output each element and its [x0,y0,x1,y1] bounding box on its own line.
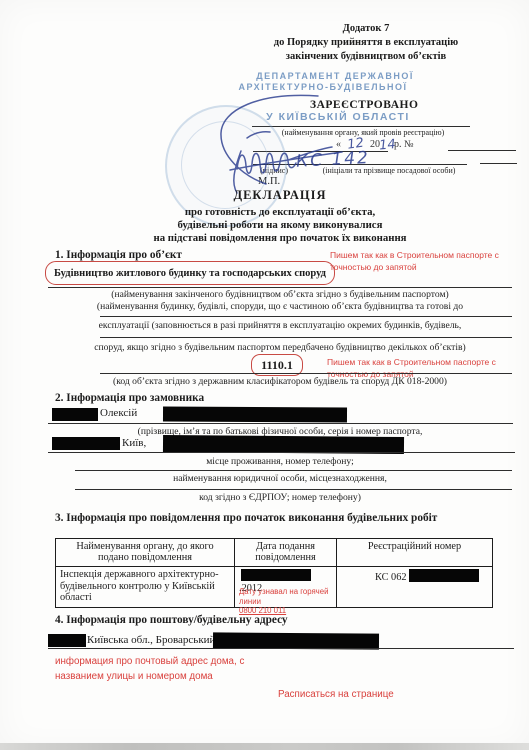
caption-object-part-1: (найменування будинку, будівлі, споруди,… [60,301,500,312]
table-cell-reg: КС 062 [337,567,492,607]
caption-customer-address: місце проживання, номер телефону; [60,456,500,467]
scan-edge-shadow [0,743,529,750]
rule [48,648,514,649]
annotation-line: информация про почтовый адрес дома, с [55,655,315,670]
section2-heading: 2. Інформація про замовника [55,392,204,404]
object-name-field: Будівництво житлового будинку та господа… [45,261,335,285]
date-year-prefix: 20 [370,139,380,150]
redaction-bar [163,407,347,423]
stamp-department-line-1: ДЕПАРТАМЕНТ ДЕРЖАВНОЇ [245,71,425,81]
table-cell-date: .2012 Дату узнавал на горячей линии 0800… [235,567,337,607]
stamp-department-line-2: АРХІТЕКТУРНО-БУДІВЕЛЬНОЇ [233,82,413,92]
rule [448,150,516,151]
annotation-hotline-note: Дату узнавал на горячей линии 0800 210 0… [239,587,349,616]
rule [100,373,512,374]
appendix-line-1: Додаток 7 [252,22,480,36]
redaction-bar [52,437,120,450]
appendix-line-2: до Порядку прийняття в експлуатацію [252,36,480,50]
annotation-sign-note: Расписаться на странице [278,688,394,703]
annotation-line: Пишем так как в Строительном паспорте с [330,249,520,261]
table-header-reg: Реєстраційний номер [337,539,492,567]
caption-legal-entity: найменування юридичної особи, місцезнахо… [60,473,500,484]
caption-object-passport: (найменування закінченого будівництвом о… [60,289,500,300]
redaction-bar [52,408,98,421]
section1-heading: 1. Інформація про об’єкт [55,249,182,261]
redaction-bar [241,569,311,581]
annotation-line: точностью до запятой [330,261,520,273]
redaction-bar [48,634,86,647]
declaration-subtitle-1: про готовність до експлуатації об’єкта, [35,206,525,219]
rule [100,337,512,338]
object-code-value: 1110.1 [261,358,293,373]
annotation-passport-note-1: Пишем так как в Строительном паспорте с … [330,249,520,273]
date-quote-mark: « [336,139,341,150]
date-suffix-label: р. № [394,139,414,150]
rule [48,452,515,453]
notification-table: Найменування органу, до якого подано пов… [55,538,493,608]
document-page: Додаток 7 до Порядку прийняття в експлуа… [0,0,529,750]
rule [480,163,517,164]
appendix-block: Додаток 7 до Порядку прийняття в експлуа… [252,22,480,64]
rule [252,126,470,127]
section3-heading: 3. Інформація про повідомлення про почат… [55,512,437,524]
rule [48,287,512,288]
address-region-visible: Київська обл., Броварський [87,634,215,646]
caption-object-part-2: експлуатації (заповнюється в разі прийня… [60,320,500,331]
declaration-subtitle-3: на підставі повідомлення про початок їх … [35,232,525,245]
customer-city: Київ, [122,437,146,449]
stamp-registered-label: ЗАРЕЄСТРОВАНО [310,99,418,111]
rule [75,470,512,471]
caption-edrpou: код згідно з ЄДРПОУ; номер телефону) [60,492,500,503]
annotation-line: названием улицы и номером дома [55,670,315,685]
declaration-heading: ДЕКЛАРАЦІЯ [35,188,525,203]
annotation-line: Дату узнавал на горячей линии [239,587,349,606]
registration-number-visible: КС 062 [375,572,407,583]
table-header-date: Дата подання повідомлення [235,539,337,567]
rule [75,489,512,490]
caption-object-code: (код об’єкта згідно з державним класифік… [60,376,500,387]
redaction-bar [409,569,479,582]
annotation-address-note: информация про почтовый адрес дома, с на… [55,655,315,684]
rule [100,316,512,317]
registration-org-caption: (найменування органу, який провів реєстр… [258,128,468,137]
officer-caption: (ініціали та прізвище посадової особи) [308,166,470,175]
table-cell-org: Інспекція державного архітектурно-будіве… [56,567,235,607]
customer-first-name: Олексій [100,407,137,419]
stamp-region-line: У КИЇВСЬКІЙ ОБЛАСТІ [248,111,428,123]
table-header-org: Найменування органу, до якого подано пов… [56,539,235,567]
rule [48,423,513,424]
section4-heading: 4. Інформація про поштову/будівельну адр… [55,614,288,626]
appendix-line-3: закінчених будівництвом об’єктів [252,50,480,64]
redaction-bar [213,632,379,649]
object-name-value: Будівництво житлового будинку та господа… [54,268,326,279]
declaration-subtitle-2: будівельні роботи на якому виконувалися [35,219,525,232]
caption-object-part-3: споруд, якщо згідно з будівельним паспор… [60,342,500,353]
declaration-title-block: ДЕКЛАРАЦІЯ про готовність до експлуатаці… [35,188,525,245]
annotation-line: Пишем так как в Строительном паспорте с [327,356,517,368]
signature-tail [288,147,332,160]
